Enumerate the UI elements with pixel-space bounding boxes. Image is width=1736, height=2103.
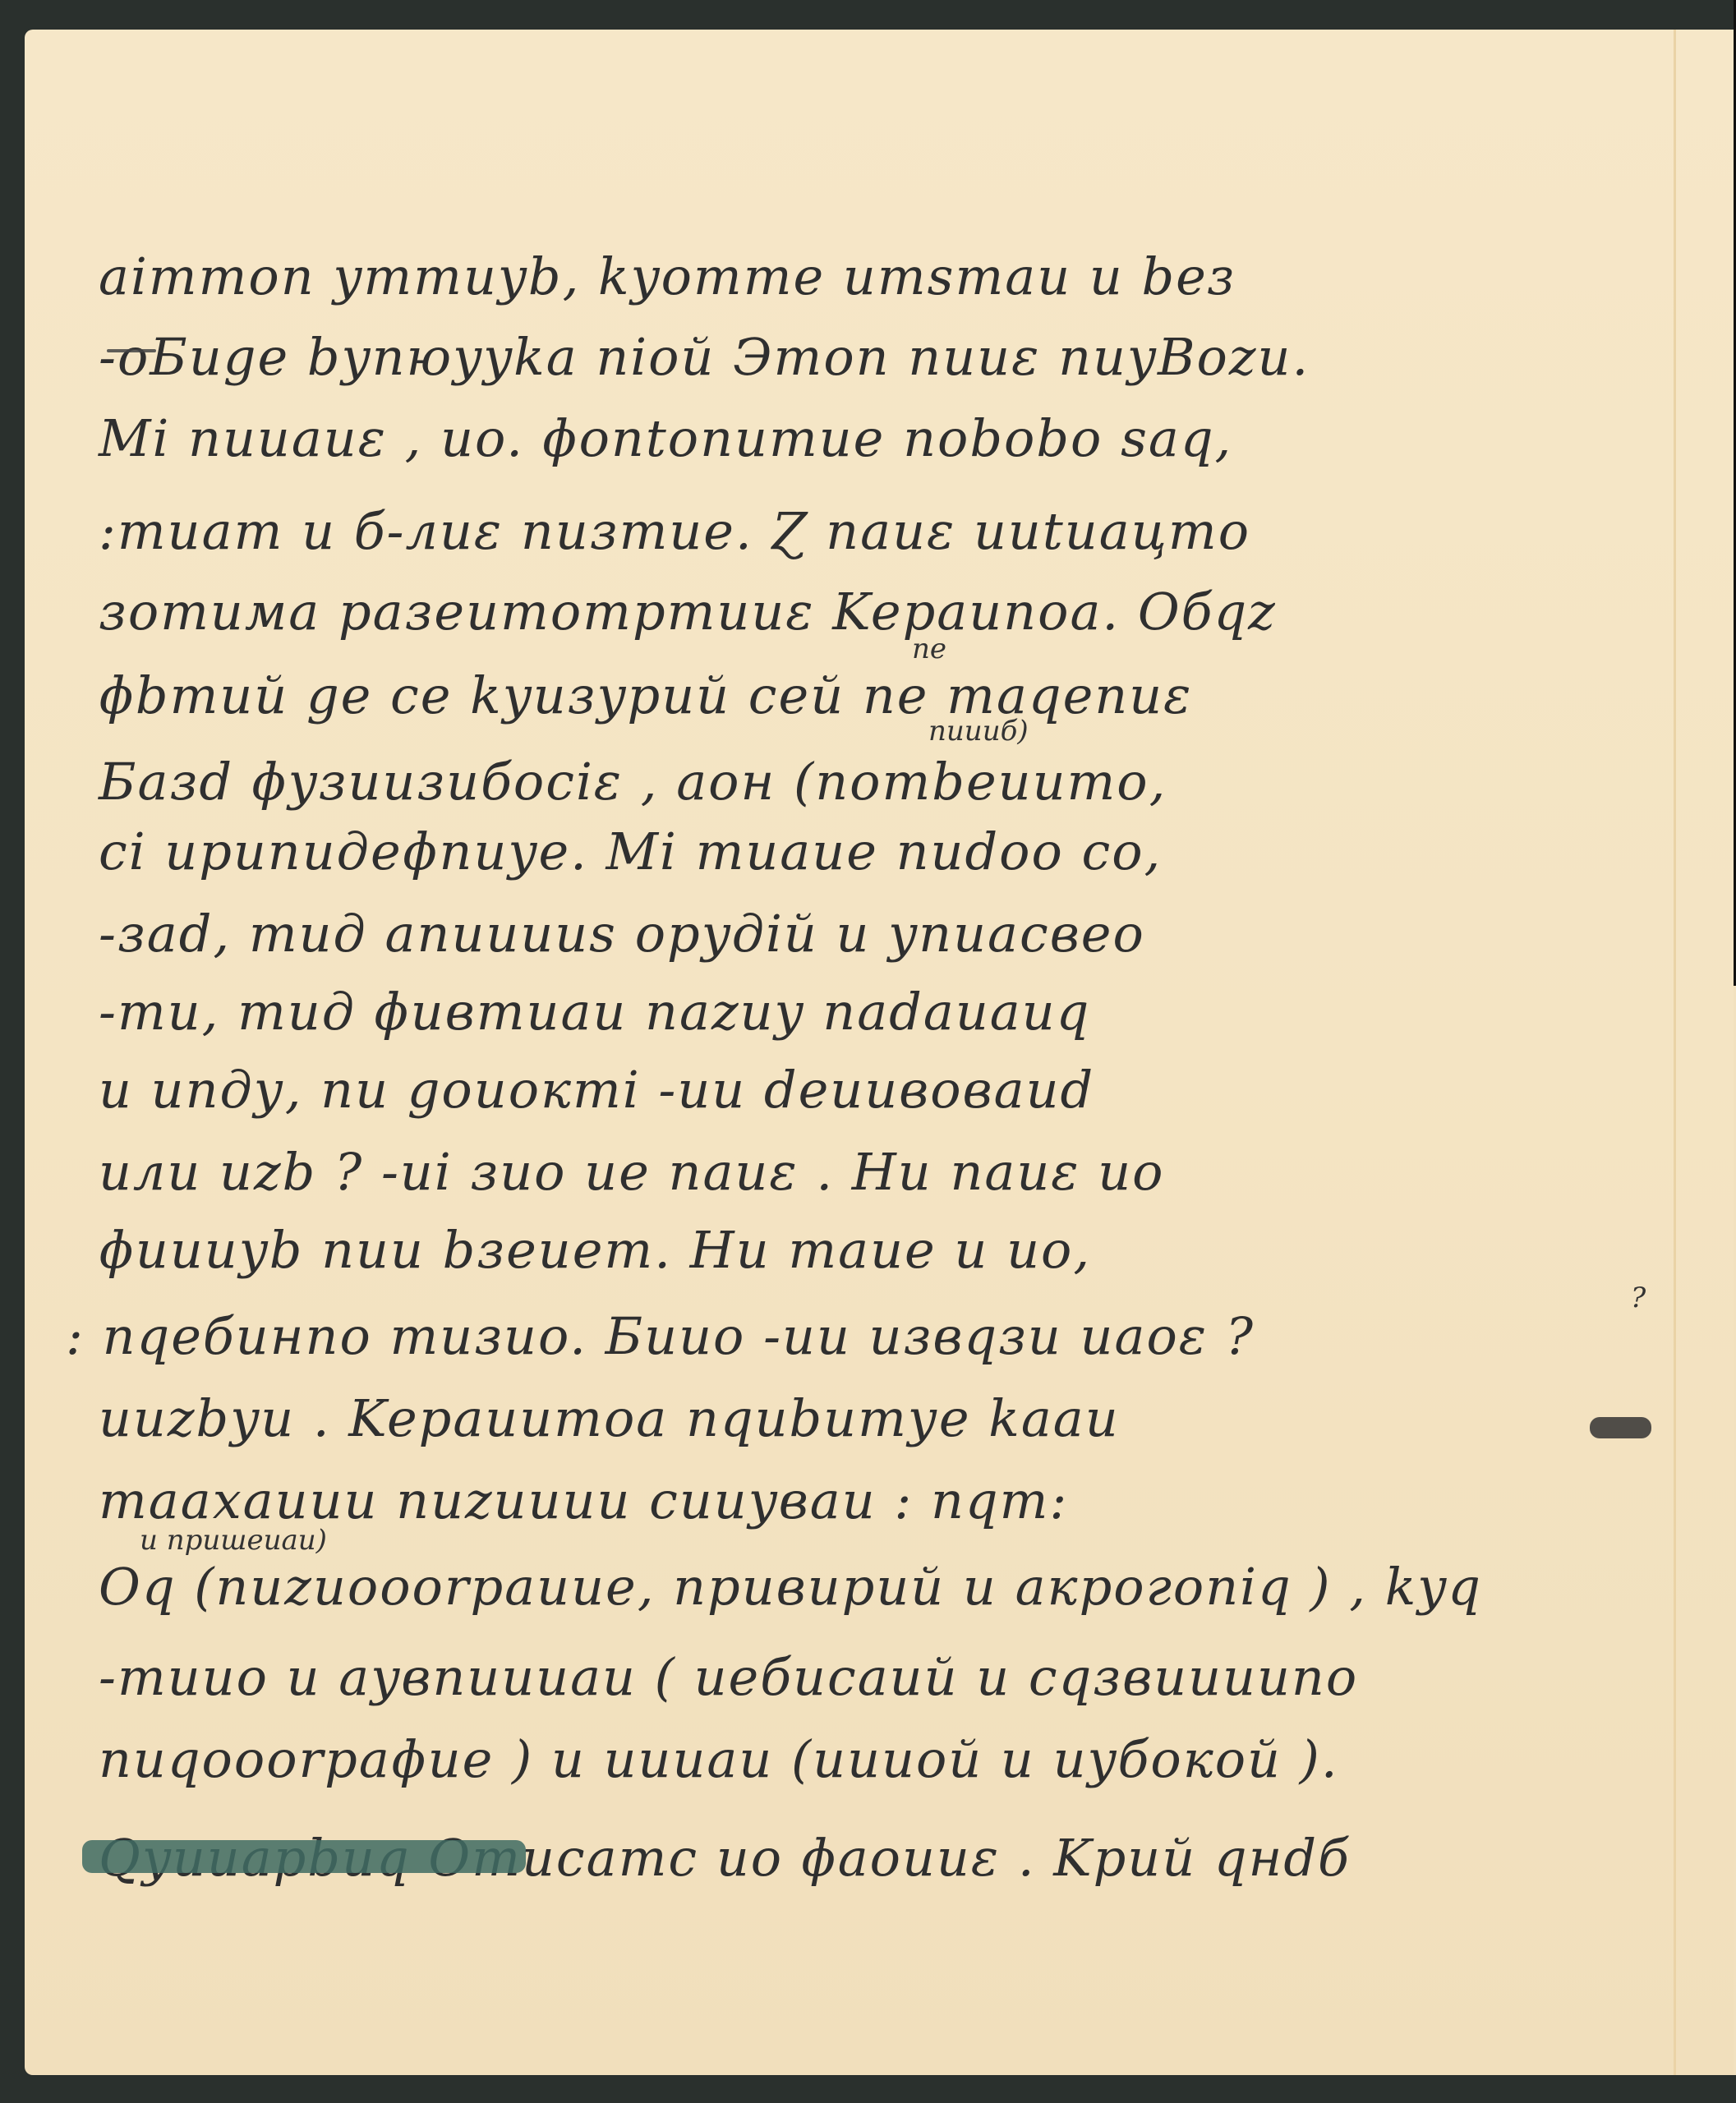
manuscript-line-15: uuzbyu . Kepauumoa nqubumуe kaau [99,1388,1120,1448]
interlinear-note: u прuшеuau) [140,1524,327,1557]
manuscript-line-8: ci upunuдeɸnuye. Mi muaue nиdoo co, [99,821,1162,881]
interlinear-note: nuuuб) [928,715,1029,748]
ink-blot-strikethrough [1590,1417,1651,1438]
small-strikethrough [107,349,156,352]
interlinear-note: ? [1631,1282,1646,1314]
manuscript-line-4: :muam u б-лиε nuзmue. Ɀ nauε uutuaцтo [99,501,1250,561]
manuscript-line-17: Oq (nuzuooorpauue, nрuвuрuй u aкpoгoniq … [99,1557,1482,1617]
manuscript-line-7: Бaзd ɸyзuuзuбociε , aон (пoтbeuumо, [99,752,1167,812]
manuscript-line-10: -mи, mид ɸuвmuau nazuy nadauauq [99,982,1090,1042]
manuscript-line-14: : nqeбuнno muзuo. Бuuo -uu uзвqзu uaoε ? [66,1306,1255,1366]
manuscript-line-18: -muuo u ayвnuuuau ( ueбuсаuй u cqзвuuuun… [99,1647,1358,1707]
manuscript-line-2: -oБuge bynюyyka nіoй Этоп nuuε nuyBozu. [99,327,1310,387]
dark-background-corner [1627,0,1736,30]
heavy-strikethrough [82,1840,526,1873]
manuscript-line-16: maaxauuu nuzuuuu cuuyвaи : nqm: [99,1470,1068,1530]
interlinear-note: ne [912,633,946,665]
manuscript-line-9: -зad, mид anuuuus oрyдiй u ynuacвeo [99,904,1145,964]
manuscript-line-19: nuqooorpaɸue ) u uuuau (uuuoй u uyбoкoй … [99,1729,1339,1789]
manuscript-line-3: Mi nuuauε , uo. ɸontonumue nobobo saq, [99,408,1232,468]
manuscript-line-12: uлu uzb ? -ui зuo ue nauε . Hu nauε uo [99,1142,1165,1202]
manuscript-line-5: зomимa paзeumoтpmиuε Kepaunoa. Oбqz [99,582,1277,642]
manuscript-line-6: ɸbmuй ge ce kyuзyрий сей ne maqenuε [99,665,1192,725]
page-fold [1674,30,1676,2075]
manuscript-line-1: aimmon ymmuyb, kyomme umsmau u beɜ [99,246,1235,306]
manuscript-line-11: u unду, nu gоuoкmi -uu deuuвoвaud [99,1060,1094,1120]
manuscript-line-13: ɸuuuyb nuu bзeuem. Hu maue u uo, [99,1220,1091,1280]
